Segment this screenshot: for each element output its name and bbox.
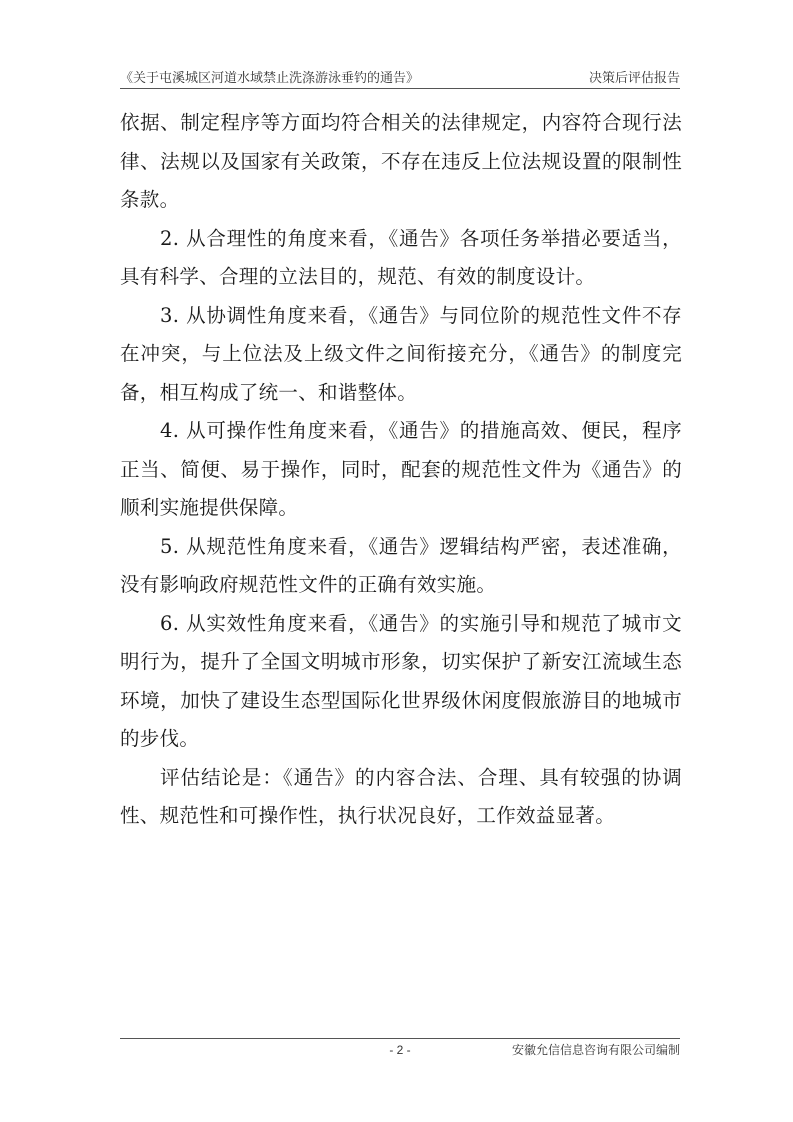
page-footer: - 2 - 安徽允信信息咨询有限公司编制 — [120, 1038, 680, 1059]
paragraph-operability: 4. 从可操作性角度来看，《通告》的措施高效、便民，程序正当、简便、易于操作，同… — [120, 412, 682, 528]
paragraph-legality-continued: 依据、制定程序等方面均符合相关的法律规定，内容符合现行法律、法规以及国家有关政策… — [120, 104, 682, 220]
paragraph-conclusion: 评估结论是：《通告》的内容合法、合理、具有较强的协调性、规范性和可操作性，执行状… — [120, 759, 682, 836]
document-body: 依据、制定程序等方面均符合相关的法律规定，内容符合现行法律、法规以及国家有关政策… — [120, 104, 682, 836]
footer-organization: 安徽允信信息咨询有限公司编制 — [512, 1043, 680, 1057]
page-header: 《关于屯溪城区河道水域禁止洗涤游泳垂钓的通告》 决策后评估报告 — [120, 70, 680, 89]
paragraph-coordination: 3. 从协调性角度来看，《通告》与同位阶的规范性文件不存在冲突，与上位法及上级文… — [120, 297, 682, 413]
header-report-type: 决策后评估报告 — [589, 70, 680, 86]
paragraph-effectiveness: 6. 从实效性角度来看，《通告》的实施引导和规范了城市文明行为，提升了全国文明城… — [120, 605, 682, 759]
paragraph-rationality: 2. 从合理性的角度来看，《通告》各项任务举措必要适当，具有科学、合理的立法目的… — [120, 220, 682, 297]
header-document-title: 《关于屯溪城区河道水域禁止洗涤游泳垂钓的通告》 — [120, 70, 419, 86]
paragraph-normativity: 5. 从规范性角度来看，《通告》逻辑结构严密，表述准确，没有影响政府规范性文件的… — [120, 528, 682, 605]
